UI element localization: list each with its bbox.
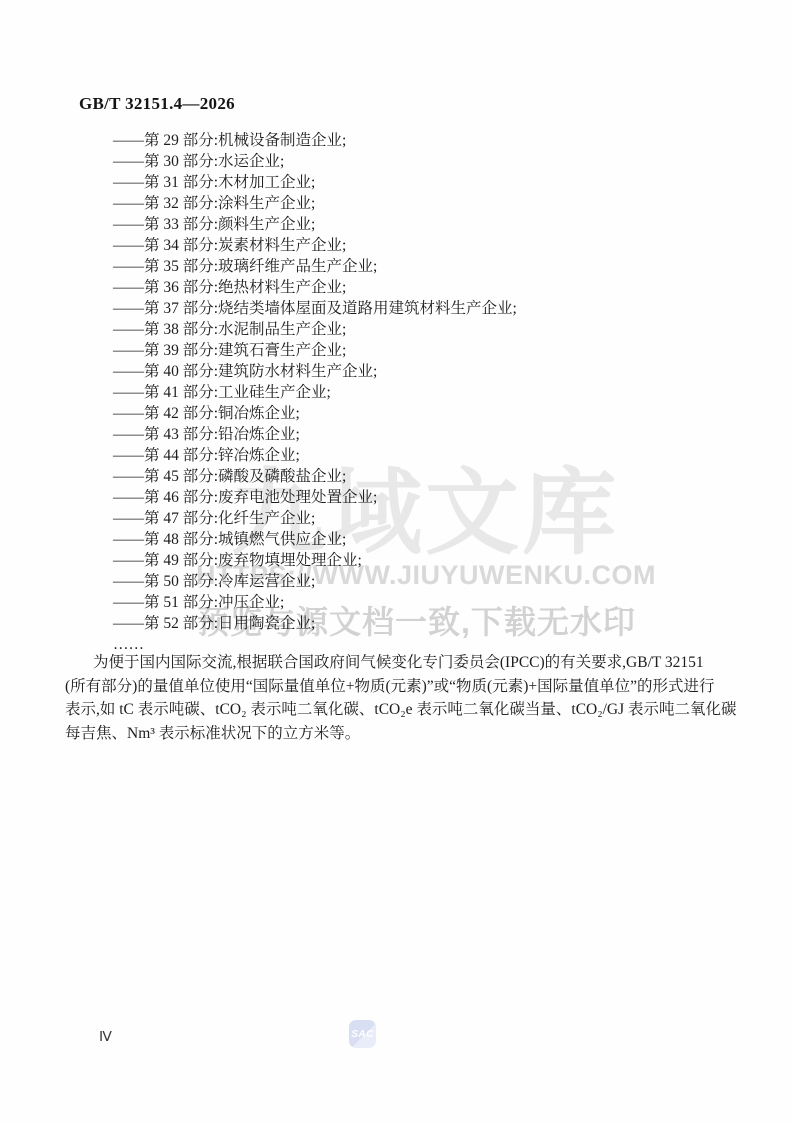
list-item: ——第 41 部分:工业硅生产企业; [113, 382, 517, 403]
document-content: GB/T 32151.4—2026 ——第 29 部分:机械设备制造企业;——第… [0, 0, 793, 1122]
list-item: ——第 42 部分:铜冶炼企业; [113, 403, 517, 424]
standard-number-header: GB/T 32151.4—2026 [79, 94, 235, 114]
parts-items: ——第 29 部分:机械设备制造企业;——第 30 部分:水运企业;——第 31… [113, 130, 517, 634]
list-item: ——第 49 部分:废弃物填埋处理企业; [113, 550, 517, 571]
list-item: ——第 46 部分:废弃电池处理处置企业; [113, 487, 517, 508]
list-item: ——第 43 部分:铅冶炼企业; [113, 424, 517, 445]
list-item: ——第 31 部分:木材加工企业; [113, 172, 517, 193]
intro-paragraph: 为便于国内国际交流,根据联合国政府间气候变化专门委员会(IPCC)的有关要求,G… [65, 651, 737, 745]
list-item: ——第 44 部分:锌冶炼企业; [113, 445, 517, 466]
list-item: ——第 33 部分:颜料生产企业; [113, 214, 517, 235]
sac-logo-text: SAC [351, 1029, 374, 1040]
page-number: Ⅳ [99, 1029, 112, 1046]
sac-logo: SAC [349, 1020, 376, 1048]
paragraph-line: 表示,如 tC 表示吨碳、tCO₂ 表示吨二氧化碳、tCO₂e 表示吨二氧化碳当… [65, 698, 737, 722]
document-page: 九域文库 HTTPS://WWW.JIUYUWENKU.COM 预览与源文档一致… [0, 0, 793, 1122]
list-item: ——第 36 部分:绝热材料生产企业; [113, 277, 517, 298]
list-item: ——第 45 部分:磷酸及磷酸盐企业; [113, 466, 517, 487]
paragraph-line: 每吉焦、Nm³ 表示标准状况下的立方米等。 [65, 722, 737, 746]
list-item: ——第 34 部分:炭素材料生产企业; [113, 235, 517, 256]
paragraph-line: (所有部分)的量值单位使用“国际量值单位+物质(元素)”或“物质(元素)+国际量… [65, 675, 737, 699]
list-item: ——第 39 部分:建筑石膏生产企业; [113, 340, 517, 361]
list-item: ——第 32 部分:涂料生产企业; [113, 193, 517, 214]
list-item: ——第 29 部分:机械设备制造企业; [113, 130, 517, 151]
list-item: ——第 47 部分:化纤生产企业; [113, 508, 517, 529]
list-item: ——第 48 部分:城镇燃气供应企业; [113, 529, 517, 550]
parts-list: ——第 29 部分:机械设备制造企业;——第 30 部分:水运企业;——第 31… [113, 130, 517, 655]
list-item: ——第 51 部分:冲压企业; [113, 592, 517, 613]
paragraph-line: 为便于国内国际交流,根据联合国政府间气候变化专门委员会(IPCC)的有关要求,G… [65, 651, 737, 675]
list-item: ——第 37 部分:烧结类墙体屋面及道路用建筑材料生产企业; [113, 298, 517, 319]
list-item: ——第 50 部分:冷库运营企业; [113, 571, 517, 592]
list-item: ——第 40 部分:建筑防水材料生产企业; [113, 361, 517, 382]
list-item: ——第 52 部分:日用陶瓷企业; [113, 613, 517, 634]
list-item: ——第 35 部分:玻璃纤维产品生产企业; [113, 256, 517, 277]
list-item: ——第 38 部分:水泥制品生产企业; [113, 319, 517, 340]
list-item: ——第 30 部分:水运企业; [113, 151, 517, 172]
